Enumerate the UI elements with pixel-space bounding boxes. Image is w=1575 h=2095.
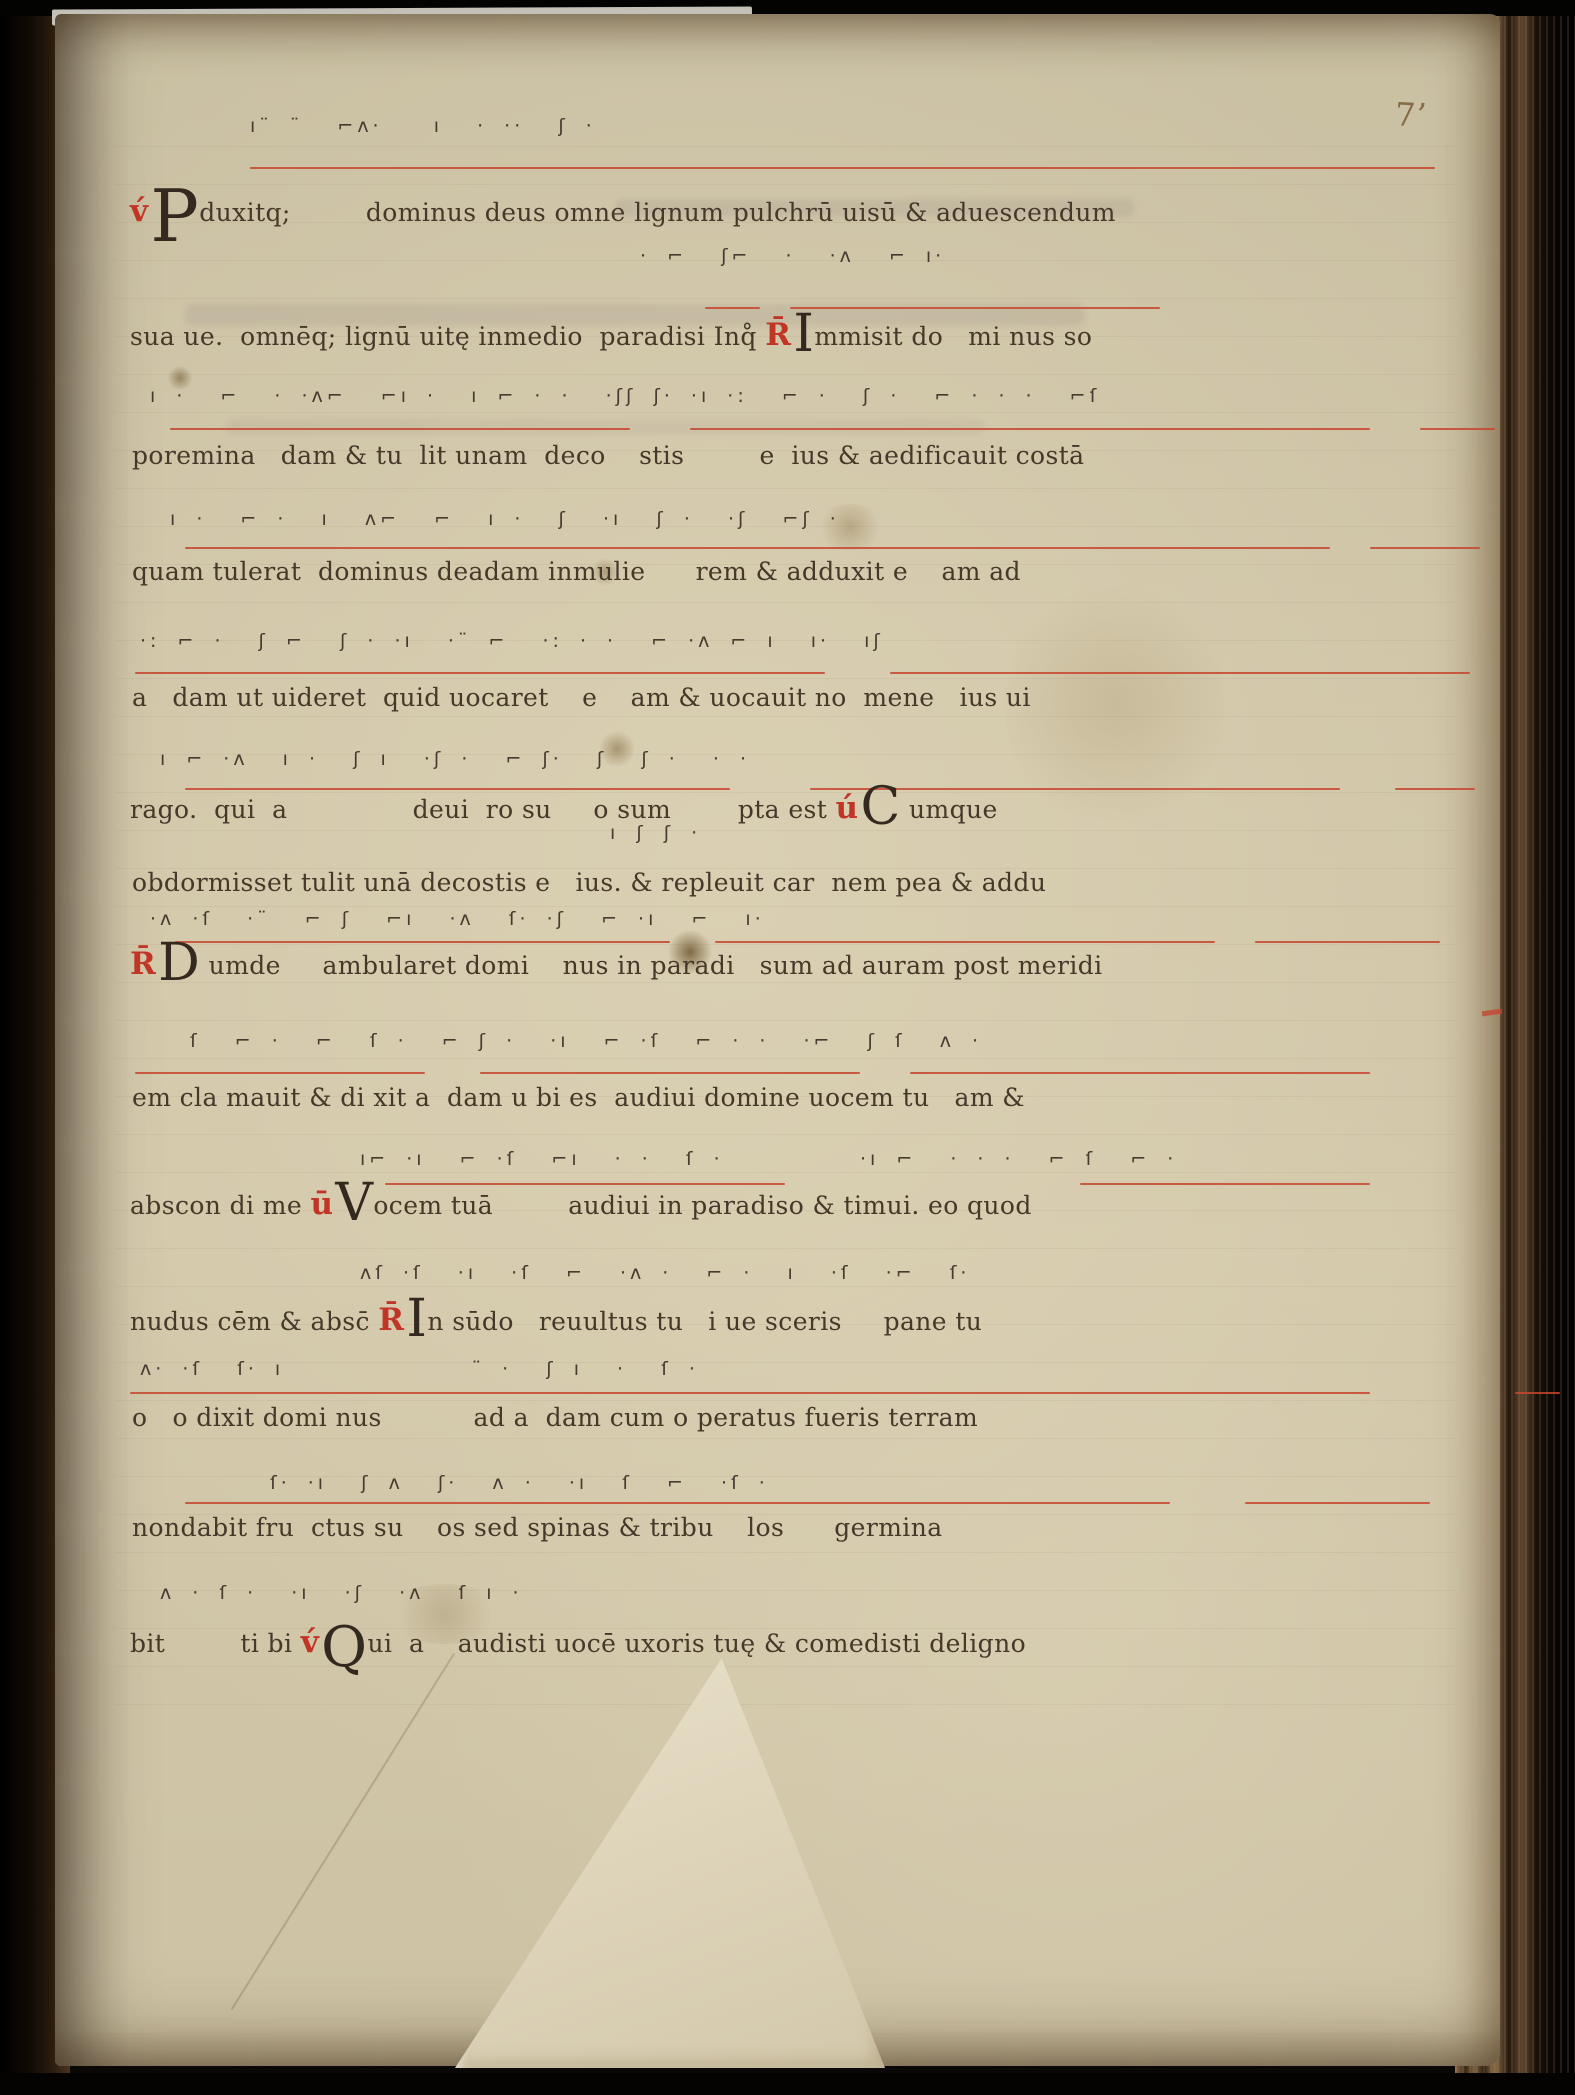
red-ruling-segment bbox=[175, 941, 670, 943]
rubric-mark: ú bbox=[836, 790, 859, 826]
chant-text: rago. qui a deui ro su o sum pta est úC … bbox=[130, 790, 998, 826]
rubric-mark: v́ bbox=[301, 1624, 319, 1660]
chant-text: nondabit fru ctus su os sed spinas & tri… bbox=[130, 1508, 943, 1544]
chant-line: ı ʃ ʃ · obdormisset tulit unā decostis e… bbox=[130, 822, 1495, 844]
chant-line: ſ ⌐ · ⌐ ſ · ⌐ ʃ · ·ı ⌐ ·ſ ⌐ · · ·⌐ ʃ ſ ʌ… bbox=[130, 1030, 1495, 1052]
text-before: nudus cēm & absc̄ bbox=[130, 1307, 378, 1336]
chant-line: ı · ⌐ · ·ʌ⌐ ⌐ı · ı ⌐ · · ·ʃʃ ʃ· ·ı ·: ⌐ … bbox=[130, 385, 1495, 407]
chant-text: poremina dam & tu lit unam deco stis e i… bbox=[130, 436, 1084, 472]
neume-row: ·: ⌐ · ʃ ⌐ ʃ · ·ı ·¨ ⌐ ·: · · ⌐ ·ʌ ⌐ ı ı… bbox=[130, 630, 1495, 652]
neume-row: ʌ· ·ſ ſ· ı ¨ · ʃ ı · ſ · bbox=[130, 1358, 1495, 1380]
chant-text: abscon di me ūVocem tuā audiui in paradi… bbox=[130, 1186, 1032, 1222]
chant-text: sua ue. omnēq; lignū uitę inmedio paradi… bbox=[130, 317, 1092, 353]
neume-row: ſ ⌐ · ⌐ ſ · ⌐ ʃ · ·ı ⌐ ·ſ ⌐ · · ·⌐ ʃ ſ ʌ… bbox=[130, 1030, 1495, 1052]
text-after: mmisit do mi nus so bbox=[814, 322, 1092, 351]
red-ruling bbox=[130, 941, 1495, 944]
red-ruling-segment bbox=[690, 428, 1370, 430]
red-ruling-segment bbox=[135, 1072, 425, 1074]
chant-text: o o dixit domi nus ad a dam cum o peratu… bbox=[130, 1398, 978, 1434]
neume-row: ·ʌ ·ſ ·¨ ⌐ ʃ ⌐ı ·ʌ ſ· ·ʃ ⌐ ·ı ⌐ ı· bbox=[130, 908, 1495, 930]
red-ruling-segment bbox=[1420, 428, 1495, 430]
red-ruling-segment bbox=[790, 307, 1160, 309]
red-ruling bbox=[130, 167, 1495, 170]
red-ruling bbox=[130, 1392, 1495, 1395]
text-after: duxitq; dominus deus omne lignum pulchrū… bbox=[199, 198, 1116, 227]
chant-line: ı · ⌐ · ı ʌ⌐ ⌐ ı · ʃ ·ı ʃ · ·ʃ ⌐ʃ · quam… bbox=[130, 508, 1495, 530]
red-ruling-segment bbox=[910, 1072, 1370, 1074]
red-ruling-segment bbox=[1080, 1183, 1370, 1185]
text-after: umde ambularet domi nus in paradi sum ad… bbox=[200, 951, 1102, 980]
chant-text: em cla mauit & di xit a dam u bi es audi… bbox=[130, 1078, 1025, 1114]
chant-line: ʌſ ·ſ ·ı ·ſ ⌐ ·ʌ · ⌐ · ı ·ſ ·⌐ ſ· nudus … bbox=[130, 1262, 1495, 1284]
text-after: poremina dam & tu lit unam deco stis e i… bbox=[132, 441, 1084, 470]
text-after: umque bbox=[901, 795, 998, 824]
chant-text: a dam ut uideret quid uocaret e am & uoc… bbox=[130, 678, 1031, 714]
text-after: nondabit fru ctus su os sed spinas & tri… bbox=[132, 1513, 943, 1542]
neume-row: ʌ · ſ · ·ı ·ʃ ·ʌ ſ ı · bbox=[130, 1582, 1495, 1604]
neume-row: ı · ⌐ · ·ʌ⌐ ⌐ı · ı ⌐ · · ·ʃʃ ʃ· ·ı ·: ⌐ … bbox=[130, 385, 1495, 407]
text-after: obdormisset tulit unā decostis e ius. & … bbox=[132, 868, 1046, 897]
red-ruling-segment bbox=[480, 1072, 860, 1074]
scan-bottom-border bbox=[0, 2073, 1575, 2095]
initial-letter: I bbox=[406, 1289, 427, 1349]
text-before: abscon di me bbox=[130, 1191, 310, 1220]
red-ruling bbox=[130, 672, 1495, 675]
chant-line: ı¨ ¨ ⌐ʌ· ı · ·· ʃ · v́Pduxitq; dominus d… bbox=[130, 115, 1495, 137]
manuscript-photo: 7ʼ ı¨ ¨ ⌐ʌ· ı · ·· ʃ · v́Pduxitq; dominu… bbox=[0, 0, 1575, 2095]
rubric-mark: R̄ bbox=[765, 317, 791, 353]
red-ruling bbox=[130, 1297, 1495, 1300]
neume-row: ı⌐ ·ı ⌐ ·ſ ⌐ı · · ſ · ·ı ⌐ · · · ⌐ ſ ⌐ · bbox=[130, 1148, 1495, 1170]
chant-line: ı⌐ ·ı ⌐ ·ſ ⌐ı · · ſ · ·ı ⌐ · · · ⌐ ſ ⌐ ·… bbox=[130, 1148, 1495, 1170]
neume-row: · ⌐ ʃ⌐ · ·ʌ ⌐ ı· bbox=[130, 245, 1495, 267]
chant-text: v́Pduxitq; dominus deus omne lignum pulc… bbox=[130, 193, 1116, 229]
rubric-mark: R̄ bbox=[130, 946, 156, 982]
red-ruling-segment bbox=[705, 307, 760, 309]
rubric-mark: R̄ bbox=[378, 1302, 404, 1338]
chant-text: quam tulerat dominus deadam inmulie rem … bbox=[130, 552, 1021, 588]
red-ruling-segment bbox=[185, 1502, 1170, 1504]
red-ruling bbox=[130, 1502, 1495, 1505]
red-ruling-segment bbox=[1245, 1502, 1430, 1504]
red-ruling-segment bbox=[1370, 547, 1480, 549]
text-before: sua ue. omnēq; lignū uitę inmedio paradi… bbox=[130, 322, 765, 351]
text-after: ui a audisti uocē uxoris tuę & comedisti… bbox=[367, 1629, 1026, 1658]
chant-text: R̄D umde ambularet domi nus in paradi su… bbox=[130, 946, 1103, 982]
neume-row: ı ⌐ ·ʌ ı · ʃ ı ·ʃ · ⌐ ʃ· ʃ ʃ · · · bbox=[130, 748, 1495, 770]
red-ruling-segment bbox=[135, 672, 825, 674]
initial-letter: I bbox=[793, 304, 814, 364]
chant-text: bit ti bi v́Qui a audisti uocē uxoris tu… bbox=[130, 1624, 1026, 1660]
chant-text: obdormisset tulit unā decostis e ius. & … bbox=[130, 863, 1046, 899]
chant-content: ı¨ ¨ ⌐ʌ· ı · ·· ʃ · v́Pduxitq; dominus d… bbox=[130, 14, 1500, 2066]
red-ruling-segment bbox=[185, 547, 1330, 549]
red-ruling-segment bbox=[250, 167, 1435, 169]
red-ruling-segment bbox=[890, 672, 1470, 674]
neume-row: ı ʃ ʃ · bbox=[130, 822, 1495, 844]
text-after: ocem tuā audiui in paradiso & timui. eo … bbox=[373, 1191, 1031, 1220]
initial-letter: V bbox=[335, 1173, 373, 1233]
neume-row: ʌſ ·ſ ·ı ·ſ ⌐ ·ʌ · ⌐ · ı ·ſ ·⌐ ſ· bbox=[130, 1262, 1495, 1284]
red-ruling bbox=[130, 428, 1495, 431]
red-ruling bbox=[130, 1072, 1495, 1075]
initial-letter: Q bbox=[321, 1615, 367, 1680]
neume-row: ı¨ ¨ ⌐ʌ· ı · ·· ʃ · bbox=[130, 115, 1495, 137]
red-ruling-segment bbox=[715, 941, 1215, 943]
text-after: a dam ut uideret quid uocaret e am & uoc… bbox=[132, 683, 1031, 712]
chant-line: ſ· ·ı ʃ ʌ ʃ· ʌ · ·ı ſ ⌐ ·ſ · nondabit fr… bbox=[130, 1472, 1495, 1494]
red-ruling-segment bbox=[1255, 941, 1440, 943]
chant-line: ·ʌ ·ſ ·¨ ⌐ ʃ ⌐ı ·ʌ ſ· ·ʃ ⌐ ·ı ⌐ ı· R̄D u… bbox=[130, 908, 1495, 930]
red-ruling-segment bbox=[385, 1183, 785, 1185]
neume-row: ı · ⌐ · ı ʌ⌐ ⌐ ı · ʃ ·ı ʃ · ·ʃ ⌐ʃ · bbox=[130, 508, 1495, 530]
neume-row: ſ· ·ı ʃ ʌ ʃ· ʌ · ·ı ſ ⌐ ·ſ · bbox=[130, 1472, 1495, 1494]
rubric-mark: v́ bbox=[130, 193, 148, 229]
chant-line: ı ⌐ ·ʌ ı · ʃ ı ·ʃ · ⌐ ʃ· ʃ ʃ · · · rago.… bbox=[130, 748, 1495, 770]
text-after: quam tulerat dominus deadam inmulie rem … bbox=[132, 557, 1021, 586]
text-after: n sūdo reuultus tu i ue sceris pane tu bbox=[427, 1307, 982, 1336]
red-ruling-segment bbox=[1515, 1392, 1560, 1394]
red-ruling-segment bbox=[1395, 788, 1475, 790]
text-before: bit ti bi bbox=[130, 1629, 301, 1658]
initial-letter: D bbox=[158, 933, 200, 993]
chant-line: · ⌐ ʃ⌐ · ·ʌ ⌐ ı· sua ue. omnēq; lignū ui… bbox=[130, 245, 1495, 267]
text-before: rago. qui a deui ro su o sum pta est bbox=[130, 795, 836, 824]
parchment-page: 7ʼ ı¨ ¨ ⌐ʌ· ı · ·· ʃ · v́Pduxitq; dominu… bbox=[55, 14, 1500, 2066]
chant-line: ʌ· ·ſ ſ· ı ¨ · ʃ ı · ſ · o o dixit domi … bbox=[130, 1358, 1495, 1380]
red-ruling-segment bbox=[130, 1392, 1370, 1394]
text-after: o o dixit domi nus ad a dam cum o peratu… bbox=[132, 1403, 978, 1432]
red-ruling-segment bbox=[170, 428, 630, 430]
rubric-mark: ū bbox=[310, 1186, 333, 1222]
chant-line: ʌ · ſ · ·ı ·ʃ ·ʌ ſ ı · bit ti bi v́Qui a… bbox=[130, 1582, 1495, 1604]
red-ruling bbox=[130, 547, 1495, 550]
chant-text: nudus cēm & absc̄ R̄In sūdo reuultus tu … bbox=[130, 1302, 982, 1338]
text-after: em cla mauit & di xit a dam u bi es audi… bbox=[132, 1083, 1025, 1112]
chant-line: ·: ⌐ · ʃ ⌐ ʃ · ·ı ·¨ ⌐ ·: · · ⌐ ·ʌ ⌐ ı ı… bbox=[130, 630, 1495, 652]
